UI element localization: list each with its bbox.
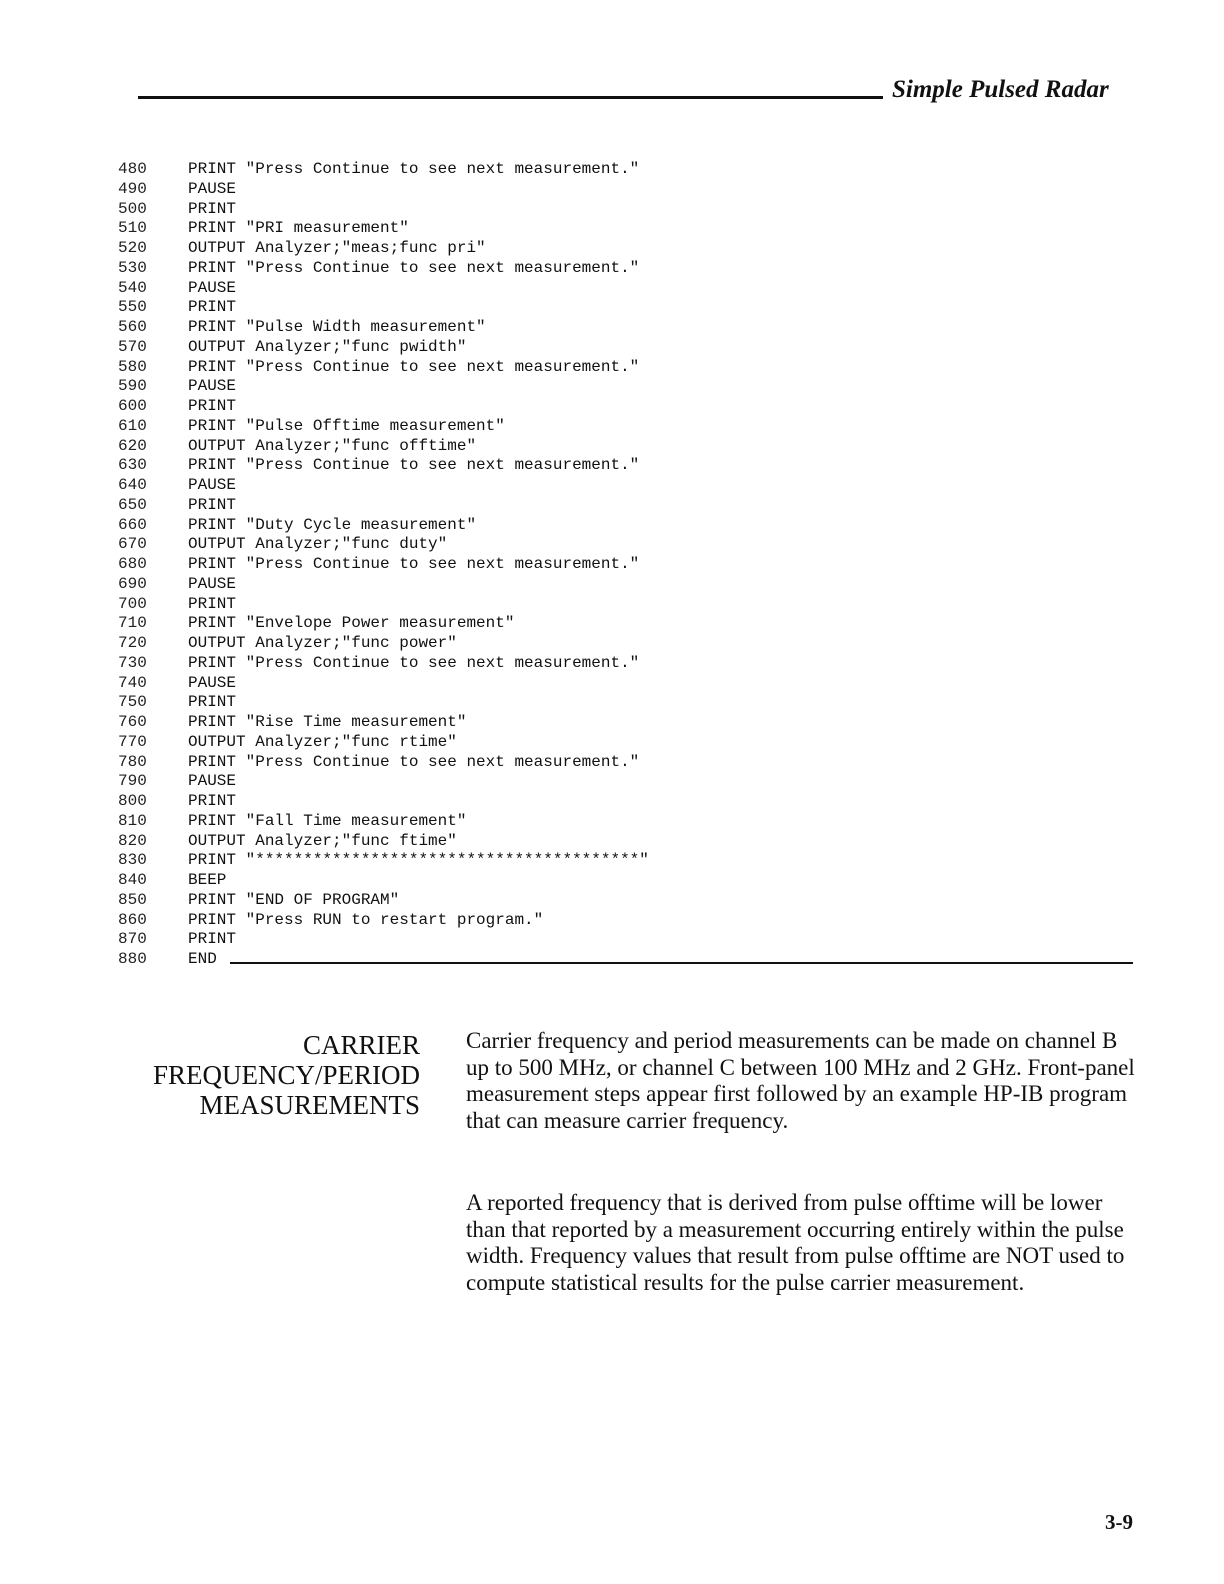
- code-statement: PRINT: [188, 595, 236, 615]
- code-statement: PAUSE: [188, 674, 236, 694]
- code-line: 540PAUSE: [118, 279, 649, 299]
- code-statement: PRINT "Press Continue to see next measur…: [188, 160, 639, 180]
- line-number: 590: [118, 377, 188, 397]
- code-line: 720OUTPUT Analyzer;"func power": [118, 634, 649, 654]
- line-number: 630: [118, 456, 188, 476]
- code-line: 620OUTPUT Analyzer;"func offtime": [118, 437, 649, 457]
- section-heading-line: FREQUENCY/PERIOD: [120, 1060, 420, 1090]
- code-line: 880END: [118, 950, 649, 970]
- code-line: 560PRINT "Pulse Width measurement": [118, 318, 649, 338]
- code-line: 800PRINT: [118, 792, 649, 812]
- code-statement: PRINT "*********************************…: [188, 851, 649, 871]
- code-line: 530PRINT "Press Continue to see next mea…: [118, 259, 649, 279]
- code-statement: PAUSE: [188, 772, 236, 792]
- code-statement: PRINT "Duty Cycle measurement": [188, 516, 476, 536]
- line-number: 610: [118, 417, 188, 437]
- line-number: 620: [118, 437, 188, 457]
- code-line: 630PRINT "Press Continue to see next mea…: [118, 456, 649, 476]
- section-heading-line: CARRIER: [120, 1030, 420, 1060]
- code-line: 810PRINT "Fall Time measurement": [118, 812, 649, 832]
- code-statement: BEEP: [188, 871, 226, 891]
- line-number: 680: [118, 555, 188, 575]
- code-line: 780PRINT "Press Continue to see next mea…: [118, 753, 649, 773]
- line-number: 510: [118, 219, 188, 239]
- line-number: 570: [118, 338, 188, 358]
- code-statement: PRINT: [188, 298, 236, 318]
- code-statement: PRINT: [188, 792, 236, 812]
- code-line: 610PRINT "Pulse Offtime measurement": [118, 417, 649, 437]
- line-number: 520: [118, 239, 188, 259]
- code-line: 510PRINT "PRI measurement": [118, 219, 649, 239]
- body-paragraph: Carrier frequency and period measurement…: [466, 1028, 1136, 1134]
- code-line: 750PRINT: [118, 693, 649, 713]
- line-number: 880: [118, 950, 188, 970]
- code-statement: PRINT "Press Continue to see next measur…: [188, 456, 639, 476]
- line-number: 830: [118, 851, 188, 871]
- line-number: 550: [118, 298, 188, 318]
- line-number: 850: [118, 891, 188, 911]
- line-number: 720: [118, 634, 188, 654]
- line-number: 730: [118, 654, 188, 674]
- code-listing: 480PRINT "Press Continue to see next mea…: [118, 160, 649, 970]
- code-line: 550PRINT: [118, 298, 649, 318]
- line-number: 800: [118, 792, 188, 812]
- line-number: 580: [118, 358, 188, 378]
- code-statement: PRINT "Press Continue to see next measur…: [188, 555, 639, 575]
- line-number: 640: [118, 476, 188, 496]
- code-statement: OUTPUT Analyzer;"func pwidth": [188, 338, 466, 358]
- line-number: 480: [118, 160, 188, 180]
- line-number: 750: [118, 693, 188, 713]
- line-number: 840: [118, 871, 188, 891]
- code-statement: PRINT "Envelope Power measurement": [188, 614, 514, 634]
- page-number: 3-9: [1105, 1510, 1133, 1535]
- code-line: 520OUTPUT Analyzer;"meas;func pri": [118, 239, 649, 259]
- line-number: 860: [118, 911, 188, 931]
- code-line: 640PAUSE: [118, 476, 649, 496]
- code-listing-end-rule: [230, 962, 1133, 964]
- code-statement: PAUSE: [188, 377, 236, 397]
- line-number: 530: [118, 259, 188, 279]
- code-line: 820OUTPUT Analyzer;"func ftime": [118, 832, 649, 852]
- line-number: 760: [118, 713, 188, 733]
- code-statement: PRINT: [188, 693, 236, 713]
- code-line: 770OUTPUT Analyzer;"func rtime": [118, 733, 649, 753]
- line-number: 710: [118, 614, 188, 634]
- code-statement: PRINT "Press RUN to restart program.": [188, 911, 543, 931]
- code-statement: PRINT: [188, 397, 236, 417]
- code-line: 690PAUSE: [118, 575, 649, 595]
- body-paragraph: A reported frequency that is derived fro…: [466, 1190, 1136, 1296]
- line-number: 490: [118, 180, 188, 200]
- section-heading: CARRIER FREQUENCY/PERIOD MEASUREMENTS: [120, 1030, 420, 1120]
- code-statement: OUTPUT Analyzer;"func ftime": [188, 832, 457, 852]
- code-line: 730PRINT "Press Continue to see next mea…: [118, 654, 649, 674]
- code-line: 700PRINT: [118, 595, 649, 615]
- code-line: 830PRINT "******************************…: [118, 851, 649, 871]
- line-number: 660: [118, 516, 188, 536]
- line-number: 740: [118, 674, 188, 694]
- code-statement: PAUSE: [188, 279, 236, 299]
- code-statement: PRINT "Press Continue to see next measur…: [188, 753, 639, 773]
- code-statement: PRINT "Press Continue to see next measur…: [188, 654, 639, 674]
- line-number: 650: [118, 496, 188, 516]
- code-line: 670OUTPUT Analyzer;"func duty": [118, 535, 649, 555]
- line-number: 870: [118, 930, 188, 950]
- code-statement: PRINT "Fall Time measurement": [188, 812, 466, 832]
- header-rule: [138, 96, 883, 99]
- code-line: 860PRINT "Press RUN to restart program.": [118, 911, 649, 931]
- code-statement: PRINT: [188, 496, 236, 516]
- code-line: 760PRINT "Rise Time measurement": [118, 713, 649, 733]
- code-line: 590PAUSE: [118, 377, 649, 397]
- line-number: 560: [118, 318, 188, 338]
- code-line: 680PRINT "Press Continue to see next mea…: [118, 555, 649, 575]
- code-statement: PRINT: [188, 930, 236, 950]
- code-line: 580PRINT "Press Continue to see next mea…: [118, 358, 649, 378]
- code-line: 790PAUSE: [118, 772, 649, 792]
- code-line: 650PRINT: [118, 496, 649, 516]
- code-line: 740PAUSE: [118, 674, 649, 694]
- line-number: 780: [118, 753, 188, 773]
- line-number: 500: [118, 200, 188, 220]
- code-statement: OUTPUT Analyzer;"meas;func pri": [188, 239, 486, 259]
- code-line: 570OUTPUT Analyzer;"func pwidth": [118, 338, 649, 358]
- line-number: 690: [118, 575, 188, 595]
- code-statement: PAUSE: [188, 575, 236, 595]
- line-number: 700: [118, 595, 188, 615]
- code-statement: PRINT "Pulse Width measurement": [188, 318, 486, 338]
- code-line: 490PAUSE: [118, 180, 649, 200]
- code-statement: PRINT "Rise Time measurement": [188, 713, 466, 733]
- code-statement: PRINT "Press Continue to see next measur…: [188, 358, 639, 378]
- code-line: 600PRINT: [118, 397, 649, 417]
- code-line: 480PRINT "Press Continue to see next mea…: [118, 160, 649, 180]
- code-line: 870PRINT: [118, 930, 649, 950]
- code-statement: END: [188, 950, 217, 970]
- code-statement: PAUSE: [188, 476, 236, 496]
- line-number: 820: [118, 832, 188, 852]
- code-statement: PRINT: [188, 200, 236, 220]
- code-statement: OUTPUT Analyzer;"func duty": [188, 535, 447, 555]
- code-line: 710PRINT "Envelope Power measurement": [118, 614, 649, 634]
- line-number: 790: [118, 772, 188, 792]
- code-line: 500PRINT: [118, 200, 649, 220]
- code-statement: PRINT "END OF PROGRAM": [188, 891, 399, 911]
- code-line: 850PRINT "END OF PROGRAM": [118, 891, 649, 911]
- code-line: 840BEEP: [118, 871, 649, 891]
- code-statement: PRINT "PRI measurement": [188, 219, 409, 239]
- line-number: 540: [118, 279, 188, 299]
- line-number: 670: [118, 535, 188, 555]
- line-number: 600: [118, 397, 188, 417]
- line-number: 770: [118, 733, 188, 753]
- code-statement: OUTPUT Analyzer;"func power": [188, 634, 457, 654]
- code-statement: OUTPUT Analyzer;"func offtime": [188, 437, 476, 457]
- code-statement: PRINT "Press Continue to see next measur…: [188, 259, 639, 279]
- code-statement: PAUSE: [188, 180, 236, 200]
- code-line: 660PRINT "Duty Cycle measurement": [118, 516, 649, 536]
- line-number: 810: [118, 812, 188, 832]
- section-heading-line: MEASUREMENTS: [120, 1090, 420, 1120]
- code-statement: PRINT "Pulse Offtime measurement": [188, 417, 505, 437]
- code-statement: OUTPUT Analyzer;"func rtime": [188, 733, 457, 753]
- running-header-title: Simple Pulsed Radar: [892, 76, 1109, 104]
